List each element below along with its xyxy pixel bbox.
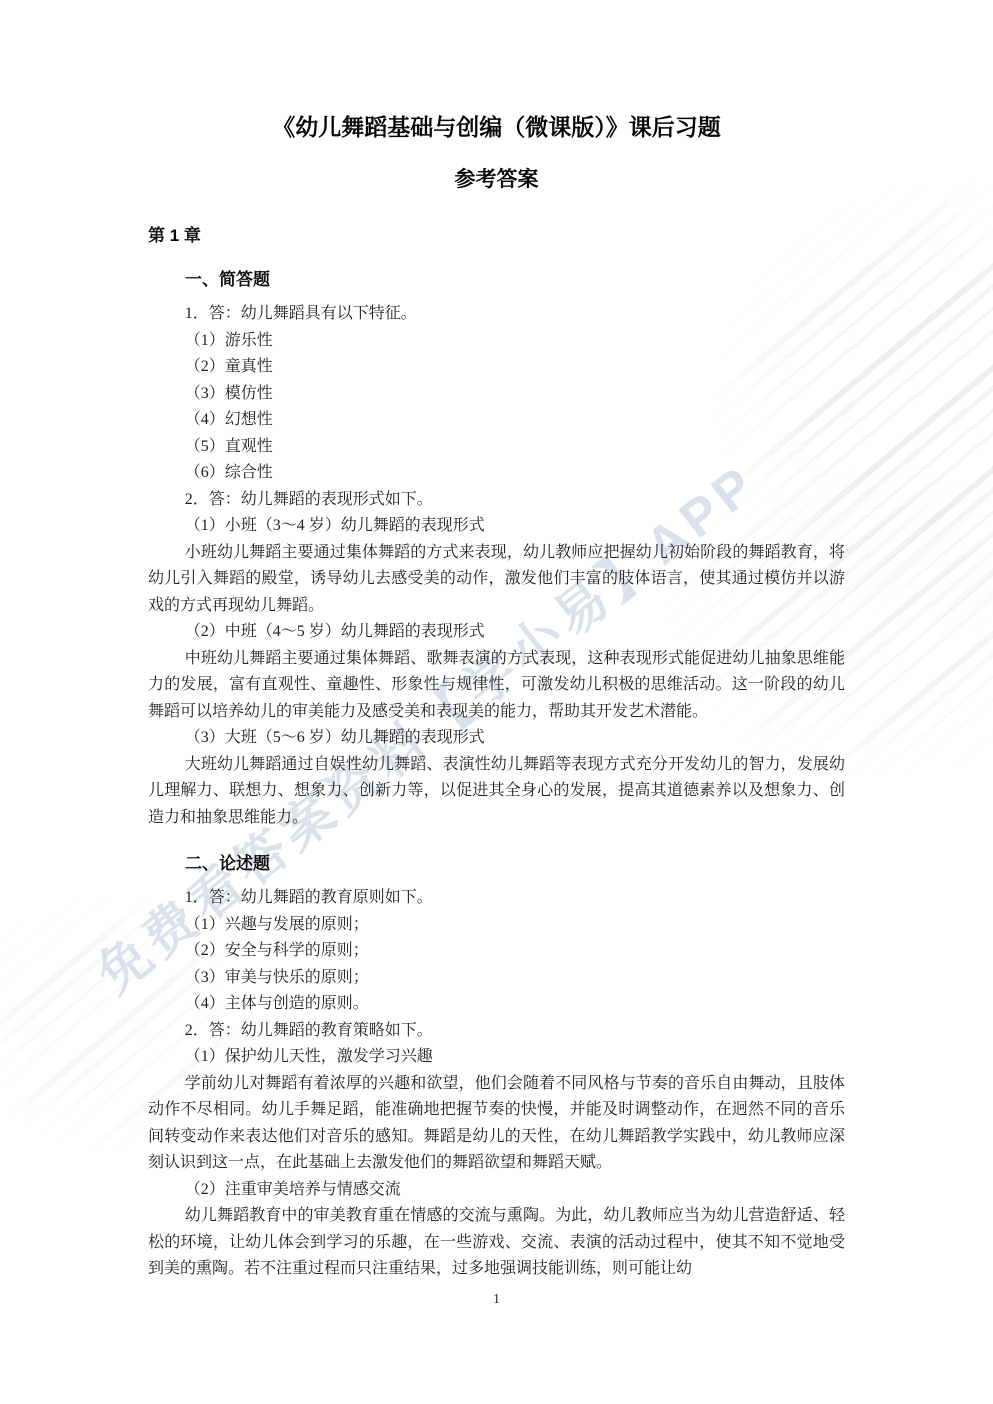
- answer-item: （4）主体与创造的原则。: [148, 991, 845, 1018]
- answer-item: （3）大班（5～6 岁）幼儿舞蹈的表现形式: [148, 725, 845, 752]
- answer-item: （2）注重审美培养与情感交流: [148, 1177, 845, 1204]
- answer-item: 2．答：幼儿舞蹈的教育策略如下。: [148, 1018, 845, 1045]
- answer-item: （2）中班（4～5 岁）幼儿舞蹈的表现形式: [148, 619, 845, 646]
- answer-item: （2）安全与科学的原则；: [148, 938, 845, 965]
- answer-item: （4）幻想性: [148, 407, 845, 434]
- answer-item: （1）兴趣与发展的原则；: [148, 912, 845, 939]
- sections: 一、简答题1．答：幼儿舞蹈具有以下特征。（1）游乐性（2）童真性（3）模仿性（4…: [148, 269, 845, 1283]
- answer-paragraph: 学前幼儿对舞蹈有着浓厚的兴趣和欲望，他们会随着不同风格与节奏的音乐自由舞动，且肢…: [148, 1071, 845, 1177]
- answer-item: （1）保护幼儿天性，激发学习兴趣: [148, 1044, 845, 1071]
- answer-paragraph: 小班幼儿舞蹈主要通过集体舞蹈的方式来表现，幼儿教师应把握幼儿初始阶段的舞蹈教育，…: [148, 540, 845, 620]
- section-heading: 二、论述题: [185, 853, 845, 875]
- document-page: 免费看答案资料【学小易】APP 《幼儿舞蹈基础与创编（微课版）》课后习题 参考答…: [0, 0, 993, 1404]
- answer-item: （1）游乐性: [148, 328, 845, 355]
- chapter-heading: 第 1 章: [148, 225, 845, 247]
- answer-item: 2．答：幼儿舞蹈的表现形式如下。: [148, 487, 845, 514]
- answer-paragraph: 中班幼儿舞蹈主要通过集体舞蹈、歌舞表演的方式表现，这种表现形式能促进幼儿抽象思维…: [148, 646, 845, 726]
- answer-item: （6）综合性: [148, 460, 845, 487]
- answer-item: （1）小班（3～4 岁）幼儿舞蹈的表现形式: [148, 513, 845, 540]
- section-heading: 一、简答题: [185, 269, 845, 291]
- answer-paragraph: 幼儿舞蹈教育中的审美教育重在情感的交流与熏陶。为此，幼儿教师应当为幼儿营造舒适、…: [148, 1203, 845, 1283]
- answer-item: 1．答：幼儿舞蹈具有以下特征。: [148, 301, 845, 328]
- answer-item: 1．答：幼儿舞蹈的教育原则如下。: [148, 885, 845, 912]
- document-subtitle: 参考答案: [148, 167, 845, 193]
- answer-item: （5）直观性: [148, 434, 845, 461]
- answer-item: （3）模仿性: [148, 381, 845, 408]
- document-content: 《幼儿舞蹈基础与创编（微课版）》课后习题 参考答案 第 1 章 一、简答题1．答…: [148, 0, 845, 1283]
- answer-paragraph: 大班幼儿舞蹈通过自娱性幼儿舞蹈、表演性幼儿舞蹈等表现方式充分开发幼儿的智力，发展…: [148, 752, 845, 832]
- answer-item: （3）审美与快乐的原则；: [148, 965, 845, 992]
- answer-item: （2）童真性: [148, 354, 845, 381]
- document-title: 《幼儿舞蹈基础与创编（微课版）》课后习题: [148, 112, 845, 142]
- page-number: 1: [0, 1292, 993, 1308]
